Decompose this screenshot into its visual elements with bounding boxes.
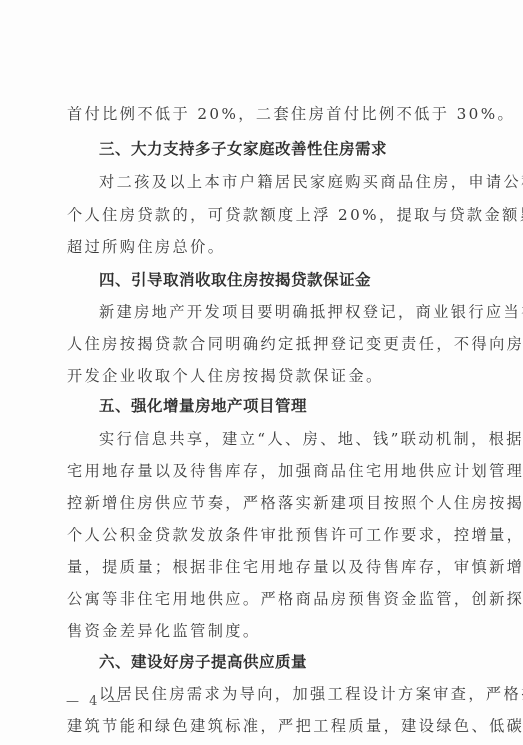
body-line: 个人公积金贷款发放条件审批预售许可工作要求，控增量，优存 [67,525,467,545]
page-number: — 4 — [66,694,124,709]
section-heading-6: 六、建设好房子提高供应质量 [99,652,307,672]
body-line: 个人住房贷款的，可贷款额度上浮 20%，提取与贷款金额累计不 [67,205,467,225]
body-line: 以居民住房需求为导向，加强工程设计方案审查，严格执行 [99,684,467,704]
body-line: 售资金差异化监管制度。 [67,621,467,641]
body-line: 控新增住房供应节奏，严格落实新建项目按照个人住房按揭贷款、 [67,493,467,513]
body-line: 量，提质量；根据非住宅用地存量以及待售库存，审慎新增商办、 [67,557,467,577]
body-line: 首付比例不低于 20%，二套住房首付比例不低于 30%。 [67,104,467,124]
body-line: 实行信息共享，建立“人、房、地、钱”联动机制，根据住 [99,429,467,449]
body-line: 人住房按揭贷款合同明确约定抵押登记变更责任，不得向房地产 [67,334,467,354]
body-line: 超过所购住房总价。 [67,237,467,257]
section-heading-3: 三、大力支持多子女家庭改善性住房需求 [99,139,387,159]
body-line: 新建房地产开发项目要明确抵押权登记，商业银行应当在个 [99,302,467,322]
body-line: 宅用地存量以及待售库存，加强商品住宅用地供应计划管理，严 [67,461,467,481]
section-heading-4: 四、引导取消收取住房按揭贷款保证金 [99,270,371,290]
document-page: 首付比例不低于 20%，二套住房首付比例不低于 30%。 三、大力支持多子女家庭… [0,0,523,745]
body-line: 对二孩及以上本市户籍居民家庭购买商品住房，申请公积金 [99,172,467,192]
body-line: 建筑节能和绿色建筑标准，严把工程质量，建设绿色、低碳、智 [67,716,467,736]
body-line: 公寓等非住宅用地供应。严格商品房预售资金监管，创新探索预 [67,589,467,609]
section-heading-5: 五、强化增量房地产项目管理 [99,396,307,416]
body-line: 开发企业收取个人住房按揭贷款保证金。 [67,366,467,386]
